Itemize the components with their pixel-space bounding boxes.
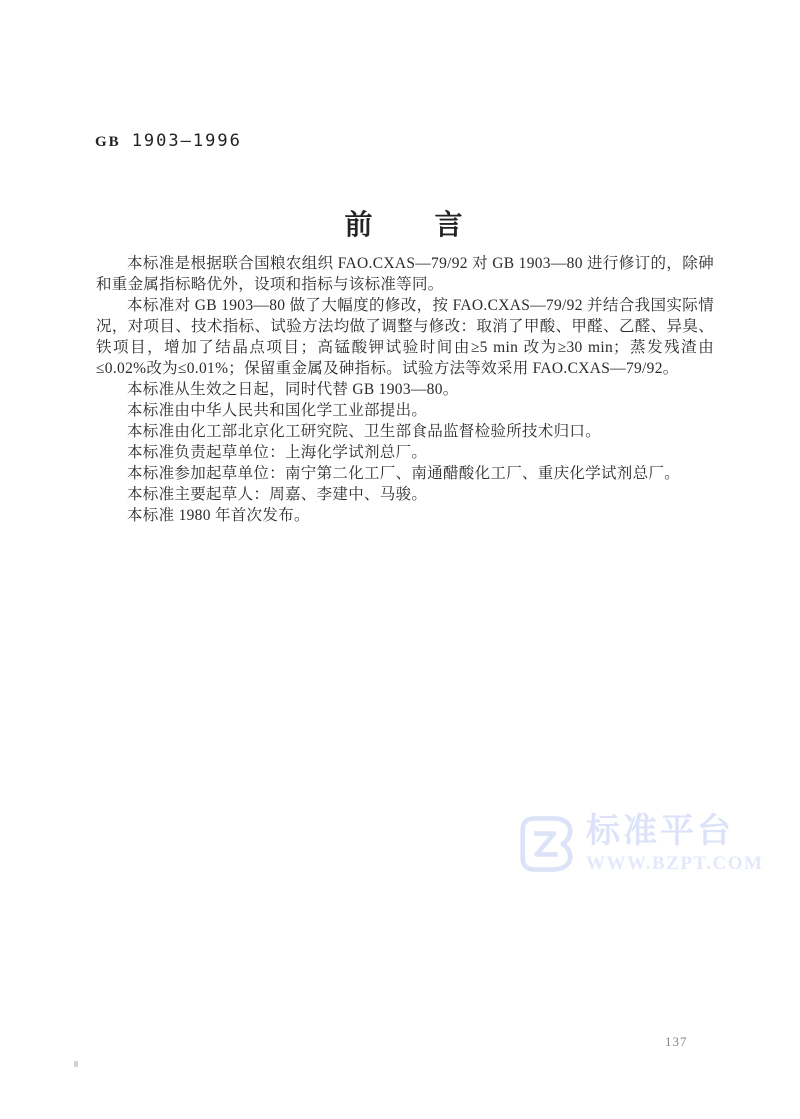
foreword-paragraph: 本标准由中华人民共和国化学工业部提出。: [96, 400, 714, 421]
watermark-url: WWW.BZPT.COM: [586, 853, 763, 875]
document-page: GB 1903—1996 前 言 本标准是根据联合国粮农组织 FAO.CXAS—…: [0, 0, 800, 1119]
watermark: 标准平台 WWW.BZPT.COM: [518, 812, 763, 876]
standard-number: GB 1903—1996: [95, 131, 242, 151]
foreword-paragraph: 本标准从生效之日起，同时代替 GB 1903—80。: [96, 379, 714, 400]
watermark-name: 标准平台: [586, 812, 763, 850]
standard-code-number: 1903—1996: [132, 131, 242, 151]
foreword-paragraph: 本标准 1980 年首次发布。: [96, 505, 714, 526]
foreword-paragraph: 本标准参加起草单位：南宁第二化工厂、南通醋酸化工厂、重庆化学试剂总厂。: [96, 463, 714, 484]
page-number: 137: [665, 1034, 688, 1050]
foreword-paragraph: 本标准主要起草人：周嘉、李建中、马骏。: [96, 484, 714, 505]
foreword-paragraph: 本标准是根据联合国粮农组织 FAO.CXAS—79/92 对 GB 1903—8…: [96, 253, 714, 295]
foreword-body: 本标准是根据联合国粮农组织 FAO.CXAS—79/92 对 GB 1903—8…: [96, 253, 714, 526]
page-title: 前 言: [96, 203, 713, 243]
watermark-text: 标准平台 WWW.BZPT.COM: [586, 812, 763, 875]
scan-speck: [74, 1061, 78, 1067]
standard-code-prefix: GB: [95, 134, 121, 151]
foreword-paragraph: 本标准对 GB 1903—80 做了大幅度的修改，按 FAO.CXAS—79/9…: [96, 295, 714, 379]
foreword-paragraph: 本标准负责起草单位：上海化学试剂总厂。: [96, 442, 714, 463]
bzpt-logo-icon: [518, 812, 576, 876]
foreword-paragraph: 本标准由化工部北京化工研究院、卫生部食品监督检验所技术归口。: [96, 421, 714, 442]
